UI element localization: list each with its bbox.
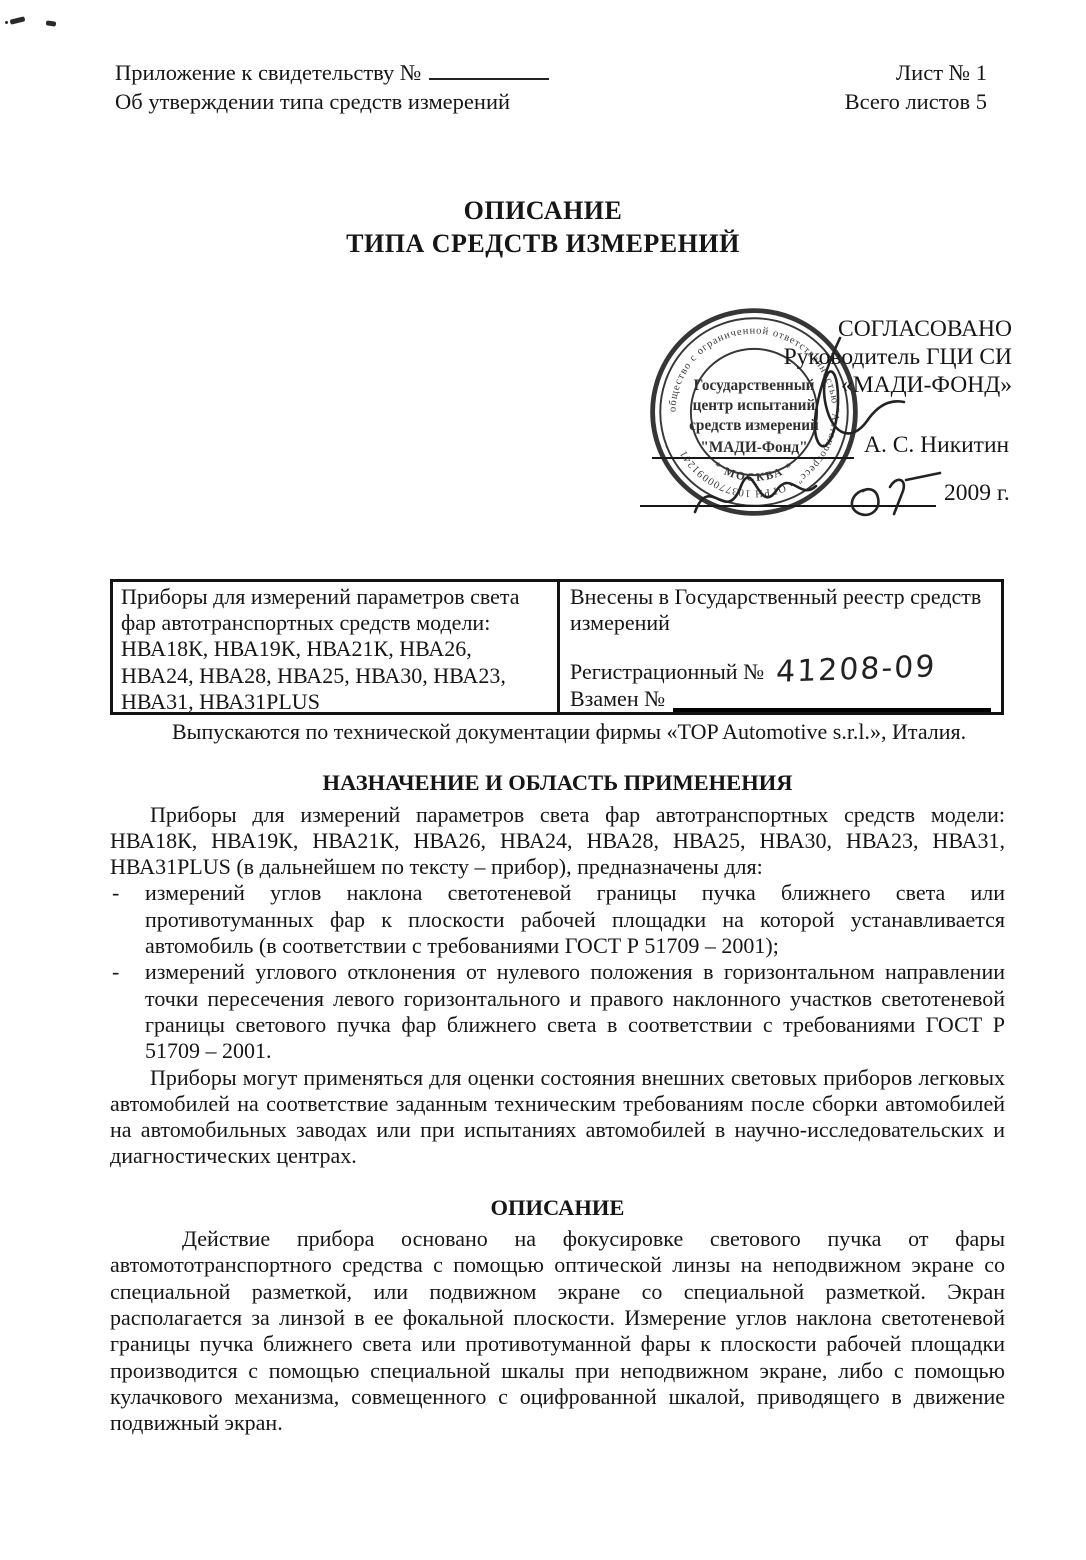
total-sheets: Всего листов 5: [845, 87, 987, 116]
page-header: Приложение к свидетельству № Об утвержде…: [115, 58, 987, 116]
purpose-bullet-2: - измерений углового отклонения от нулев…: [110, 959, 1005, 1064]
title-line-2: ТИПА СРЕДСТВ ИЗМЕРЕНИЙ: [0, 227, 1086, 260]
instrument-description-cell: Приборы для измерений параметров света ф…: [113, 582, 560, 712]
bullet-text: измерений углового отклонения от нулевог…: [145, 959, 1005, 1064]
replaced-number-label: Взамен №: [570, 686, 665, 712]
bullet-dash: -: [112, 880, 119, 906]
document-title: ОПИСАНИЕ ТИПА СРЕДСТВ ИЗМЕРЕНИЙ: [0, 194, 1086, 260]
registry-table: Приборы для измерений параметров света ф…: [110, 579, 1004, 715]
registry-entry-text: Внесены в Государственный реестр средств…: [570, 584, 991, 636]
handwritten-date-mark: [906, 473, 940, 480]
section-heading-description: ОПИСАНИЕ: [110, 1195, 1005, 1221]
annex-line: Приложение к свидетельству №: [115, 58, 549, 87]
scan-artifact: [46, 20, 57, 26]
bullet-dash: -: [112, 959, 119, 985]
registration-number-row: Регистрационный № 41208-09: [570, 657, 991, 685]
header-left: Приложение к свидетельству № Об утвержде…: [115, 58, 549, 116]
scan-artifact: [10, 16, 26, 24]
section-heading-purpose: НАЗНАЧЕНИЕ И ОБЛАСТЬ ПРИМЕНЕНИЯ: [110, 770, 1005, 796]
manufacturer-line: Выпускаются по технической документации …: [110, 719, 1005, 745]
description-paragraph: Действие прибора основано на фокусировке…: [110, 1226, 1005, 1436]
signature-flourish: [815, 338, 904, 446]
replaced-number-blank: [673, 688, 991, 712]
header-right: Лист № 1 Всего листов 5: [845, 58, 987, 116]
signature-ink: [640, 300, 1030, 550]
registration-number-value: 41208-09: [776, 655, 937, 687]
bullet-text: измерений углов наклона светотеневой гра…: [145, 880, 1005, 959]
purpose-application-paragraph: Приборы могут применяться для оценки сос…: [110, 1065, 1005, 1170]
scan-artifact: [5, 21, 8, 24]
purpose-bullet-1: - измерений углов наклона светотеневой г…: [110, 880, 1005, 959]
document-body: Выпускаются по технической документации …: [110, 719, 1005, 1436]
registry-entry-cell: Внесены в Государственный реестр средств…: [560, 582, 1001, 712]
sheet-number: Лист № 1: [845, 58, 987, 87]
purpose-intro-paragraph: Приборы для измерений параметров света ф…: [110, 802, 1005, 881]
document-page: Приложение к свидетельству № Об утвержде…: [0, 0, 1086, 1560]
annex-label: Приложение к свидетельству №: [115, 60, 421, 85]
registration-number-label: Регистрационный №: [570, 659, 764, 685]
signature-lower-squiggle: [695, 477, 816, 512]
title-line-1: ОПИСАНИЕ: [0, 194, 1086, 227]
handwritten-date-mark: [852, 489, 879, 515]
certificate-number-blank: [429, 58, 549, 80]
approval-type-label: Об утверждении типа средств измерений: [115, 87, 549, 116]
handwritten-date-mark: [890, 480, 904, 514]
